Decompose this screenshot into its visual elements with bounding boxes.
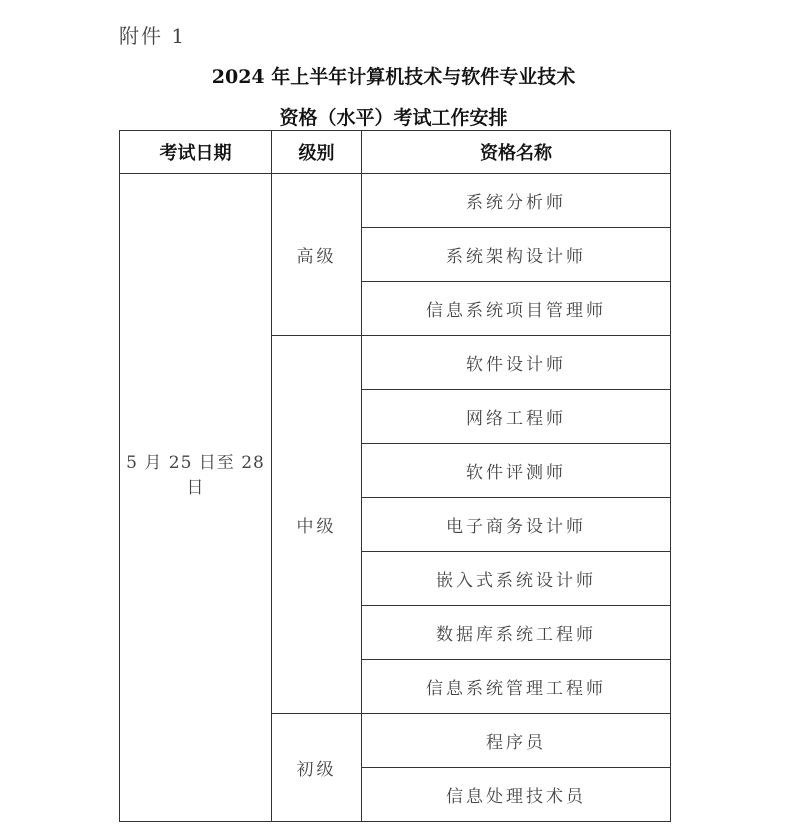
document-title-line1: 2024 年上半年计算机技术与软件专业技术 <box>0 62 787 89</box>
document-title-line2: 资格（水平）考试工作安排 <box>0 103 787 130</box>
level-cell-senior: 高级 <box>272 174 362 336</box>
level-cell-junior: 初级 <box>272 714 362 822</box>
qualification-cell: 软件评测师 <box>362 444 671 498</box>
level-cell-intermediate: 中级 <box>272 336 362 714</box>
exam-date: 5 月 25 日至 28 日 <box>120 448 271 498</box>
qualification-cell: 系统架构设计师 <box>362 228 671 282</box>
header-exam-date: 考试日期 <box>120 131 272 174</box>
qualification-cell: 信息系统项目管理师 <box>362 282 671 336</box>
table-header-row: 考试日期 级别 资格名称 <box>120 131 671 174</box>
qualification-cell: 网络工程师 <box>362 390 671 444</box>
qualification-cell: 数据库系统工程师 <box>362 606 671 660</box>
header-level: 级别 <box>272 131 362 174</box>
qualification-cell: 电子商务设计师 <box>362 498 671 552</box>
exam-date-cell: 5 月 25 日至 28 日 <box>120 174 272 822</box>
qualification-cell: 信息处理技术员 <box>362 768 671 822</box>
qualification-cell: 嵌入式系统设计师 <box>362 552 671 606</box>
qualification-cell: 程序员 <box>362 714 671 768</box>
exam-schedule-table: 考试日期 级别 资格名称 5 月 25 日至 28 日 高级 系统分析师 系统架… <box>119 130 671 822</box>
qualification-cell: 软件设计师 <box>362 336 671 390</box>
qualification-cell: 系统分析师 <box>362 174 671 228</box>
table-row: 5 月 25 日至 28 日 高级 系统分析师 <box>120 174 671 228</box>
qualification-cell: 信息系统管理工程师 <box>362 660 671 714</box>
attachment-label: 附件 1 <box>119 20 186 49</box>
header-qualification-name: 资格名称 <box>362 131 671 174</box>
